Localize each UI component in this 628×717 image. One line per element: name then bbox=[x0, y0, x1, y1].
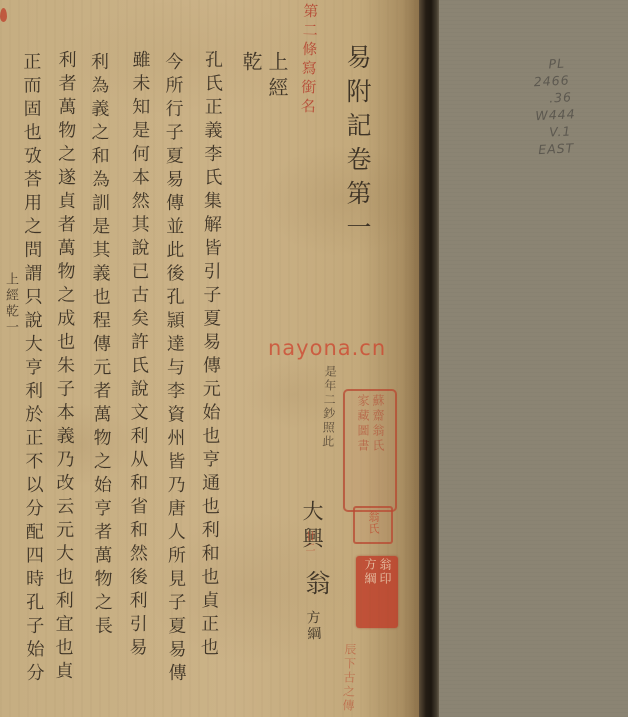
seal-script-column: 家藏圖書 bbox=[356, 394, 369, 507]
small-solid-seal: 翁印 方綱 bbox=[356, 556, 398, 628]
call-number-line: W444 bbox=[523, 105, 588, 125]
pencil-call-number: PL 2466 .36 W444 V.1 EAST bbox=[524, 53, 593, 158]
signature-red-date-note: 廿二 bbox=[301, 531, 316, 553]
watermark-text: nayona.cn bbox=[268, 336, 386, 360]
text-column-2: 今所行子夏易傳並此後孔頴達与李資州皆乃唐人所見子夏易傳 bbox=[159, 52, 188, 687]
title-column: 易附記卷第一 bbox=[339, 44, 375, 248]
small-square-seal: 翁氏 bbox=[353, 506, 393, 544]
scanned-book-opening: 第二條寫銜名 易附記卷第一 上經 乾 孔氏正義李氏集解皆引子夏易傳元始也亨通也利… bbox=[0, 0, 628, 717]
red-ink-smudge bbox=[0, 8, 7, 22]
text-column-1: 孔氏正義李氏集解皆引子夏易傳元始也亨通也利和也貞正也 bbox=[195, 50, 225, 661]
signature-monogram: 方綱 bbox=[302, 609, 324, 642]
call-number-line: EAST bbox=[524, 139, 589, 159]
seal-script-column: 翁氏 bbox=[367, 511, 379, 539]
section-heading: 上經 bbox=[263, 51, 292, 103]
side-note: 是年二鈔照此 bbox=[320, 365, 340, 450]
manuscript-page: 第二條寫銜名 易附記卷第一 上經 乾 孔氏正義李氏集解皆引子夏易傳元始也亨通也利… bbox=[0, 0, 419, 717]
red-header-note: 第二條寫銜名 bbox=[298, 3, 322, 118]
seal-script-column: 蘇齋翁氏 bbox=[371, 394, 384, 507]
binding-gutter-shadow bbox=[419, 0, 439, 717]
book-cover: PL 2466 .36 W444 V.1 EAST bbox=[439, 0, 628, 717]
signature-surname: 翁 bbox=[298, 570, 334, 595]
seal-script-column: 方綱 bbox=[363, 558, 376, 626]
text-column-4: 利為義之和為訓是其義也程傳元者萬物之始亨者萬物之長 bbox=[85, 52, 115, 640]
large-collector-seal: 蘇齋翁氏 家藏圖書 bbox=[343, 389, 397, 512]
text-column-3: 雖未知是何本然其說已古矣許氏說文利从和省和然後利引易 bbox=[123, 50, 152, 661]
margin-label: 上經乾一 bbox=[1, 272, 20, 336]
bottom-red-note: 辰下古之傳 bbox=[340, 643, 359, 714]
text-column-5: 利者萬物之遂貞者萬物之成也朱子本義乃改云元大也利宜也貞 bbox=[49, 50, 78, 685]
text-column-6: 正而固也攷荅用之問謂只說大亨利於正不以分配四時孔子始分 bbox=[17, 52, 46, 687]
seal-script-column: 翁印 bbox=[378, 558, 391, 626]
hexagram-heading: 乾 bbox=[237, 51, 266, 71]
